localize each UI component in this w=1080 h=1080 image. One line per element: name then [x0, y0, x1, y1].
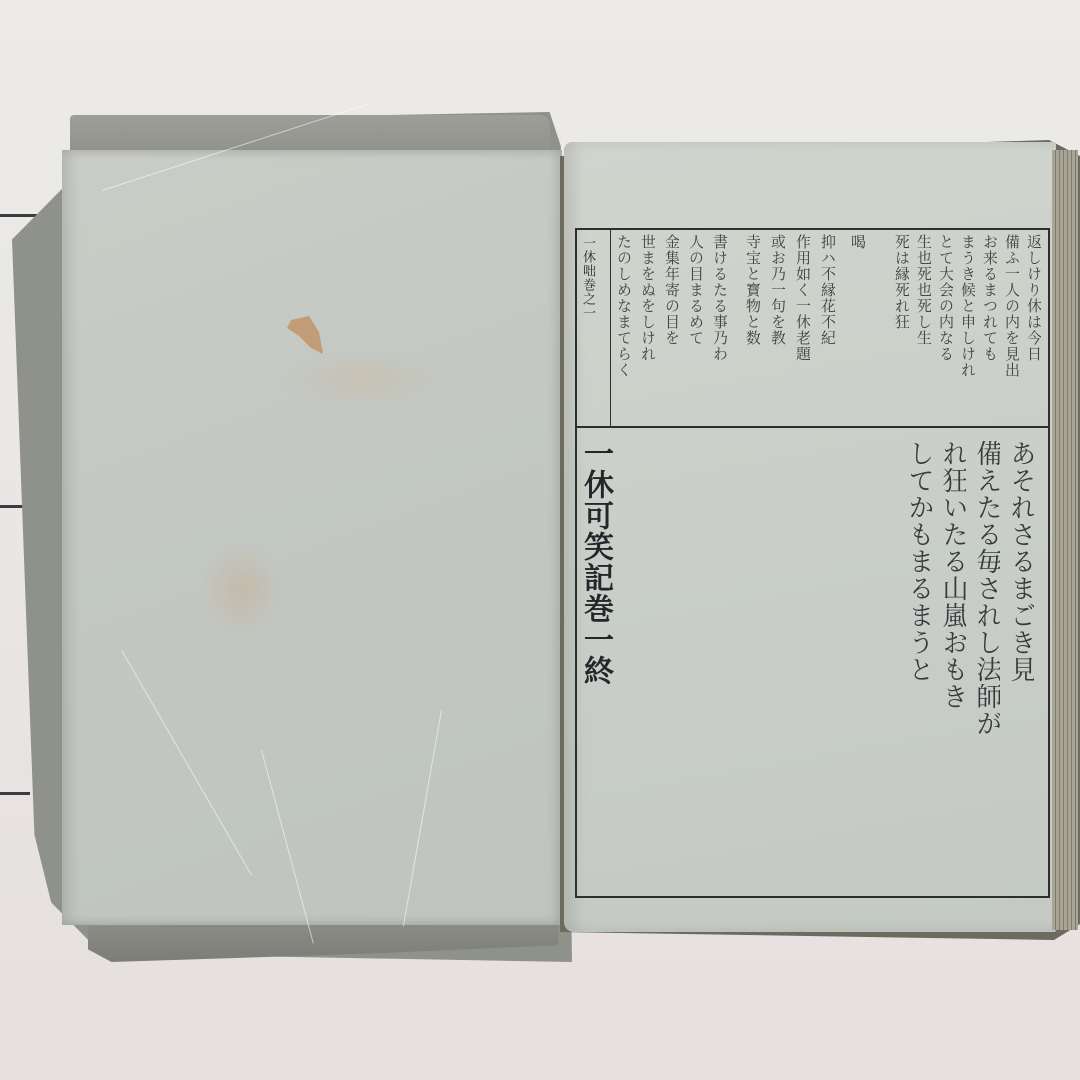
text-column: 寺宝と寳物と数: [745, 234, 760, 424]
text-column: たのしめなまてらく: [616, 234, 631, 424]
text-column: れ狂いたる山嵐おもき: [940, 440, 966, 820]
text-column: まうき候と申しけれ: [960, 234, 975, 424]
text-column: 人の目まるめて: [688, 234, 703, 424]
text-column: とて大会の内なる: [938, 234, 953, 424]
margin-label: 一休咄巻之一: [581, 236, 594, 416]
text-column: あそれさるまごき見: [1008, 440, 1034, 820]
end-title: 一休可笑記巻一終: [580, 438, 610, 718]
floor-seam: [0, 792, 30, 795]
text-column: 作用如く一休老題: [795, 234, 810, 424]
text-column: 金集年寄の目を: [664, 234, 679, 424]
text-column: お来るまつれても: [982, 234, 997, 424]
frame-divider: [577, 426, 1048, 428]
text-column: 或お乃一句を教: [770, 234, 785, 424]
text-column: 世まをぬをしけれ: [640, 234, 655, 424]
text-column: 死は縁死れ狂: [894, 234, 909, 424]
text-column: 書けるたる事乃わ: [712, 234, 727, 424]
text-column: 返しけり休は今日: [1026, 234, 1041, 424]
page-stack: [1052, 150, 1078, 930]
margin-divider: [610, 230, 611, 426]
text-column: 備ふ一人の内を見出: [1004, 234, 1019, 424]
left-blank-page: [62, 150, 562, 925]
text-column: 抑ハ不縁花不紀: [820, 234, 835, 424]
text-column: 生也死也死し生: [916, 234, 931, 424]
text-column: 喝: [850, 234, 865, 424]
text-column: してかもまるまうと: [906, 440, 932, 820]
text-column: 備えたる毎されし法師が: [974, 440, 1000, 820]
